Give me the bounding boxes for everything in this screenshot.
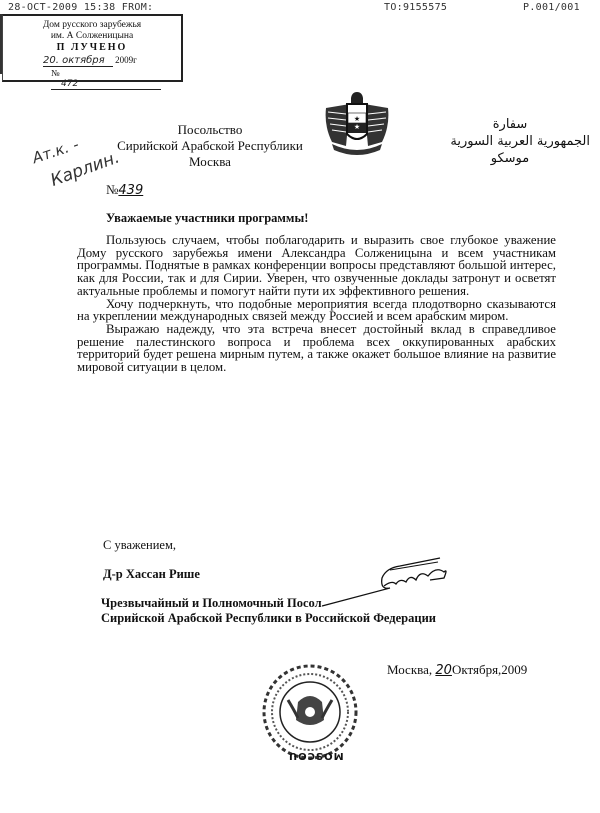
document-number-value: 439 — [118, 183, 143, 198]
stamp-year: 2009г — [115, 55, 137, 65]
document-number-label: № — [106, 182, 118, 197]
letterhead-arabic-country: الجمهورية العربية السورية — [400, 133, 590, 150]
official-embassy-seal: MOSCOU — [258, 660, 364, 770]
received-stamp: Дом русского зарубежья им. А Солженицына… — [2, 14, 183, 82]
body-paragraph-3: Выражаю надежду, что эта встреча внесет … — [77, 323, 556, 374]
stamp-org-subtitle: им. А Солженицына — [3, 31, 181, 42]
closing-phrase: С уважением, — [103, 538, 176, 553]
stamp-handwritten-number: 472 — [51, 79, 161, 90]
signatory-title-line1: Чрезвычайный и Полномочный Посол — [101, 596, 436, 611]
letter-body: Пользуюсь случаем, чтобы поблагодарить и… — [77, 234, 556, 374]
letterhead-embassy: Посольство — [110, 122, 310, 138]
date-city: Москва, — [387, 662, 432, 677]
signatory-title: Чрезвычайный и Полномочный Посол Сирийск… — [101, 596, 436, 626]
letterhead-arabic: سفارة الجمهورية العربية السورية موسكو — [400, 116, 600, 167]
signatory-title-line2: Сирийской Арабской Республики в Российск… — [101, 611, 436, 626]
svg-text:★: ★ — [354, 123, 360, 131]
signatory-name: Д-р Хассан Рише — [103, 567, 200, 582]
letterhead-city: Москва — [110, 154, 310, 170]
salutation: Уважаемые участники программы! — [106, 211, 308, 226]
seal-city-text: MOSCOU — [288, 750, 344, 761]
fax-timestamp: 28-OCT-2009 15:38 FROM: — [8, 2, 153, 13]
stamp-received-label: П ЛУЧЕНО — [3, 42, 181, 53]
body-paragraph-1: Пользуюсь случаем, чтобы поблагодарить и… — [77, 234, 556, 298]
date-month-year: Октября,2009 — [452, 662, 527, 677]
letter-date: Москва, 20Октября,2009 — [387, 662, 527, 678]
fax-recipient: TO:9155575 — [384, 2, 447, 13]
document-number: №439 — [106, 182, 143, 198]
stamp-handwritten-date: 20. октября — [43, 55, 113, 67]
stamp-org-name: Дом русского зарубежья — [3, 20, 181, 31]
letterhead-arabic-city: موسكو — [400, 150, 590, 167]
letterhead-country: Сирийской Арабской Республики — [110, 138, 310, 154]
syrian-eagle-emblem-icon: ★ ★ — [322, 86, 392, 158]
svg-text:★: ★ — [354, 115, 360, 123]
body-paragraph-2: Хочу подчеркнуть, что подобные мероприят… — [77, 298, 556, 323]
letterhead-russian: Посольство Сирийской Арабской Республики… — [110, 122, 310, 170]
stamp-number-label: № — [51, 68, 60, 78]
letterhead-arabic-embassy: سفارة — [400, 116, 590, 133]
fax-page-count: P.001/001 — [523, 2, 580, 13]
date-day: 20 — [435, 663, 452, 678]
